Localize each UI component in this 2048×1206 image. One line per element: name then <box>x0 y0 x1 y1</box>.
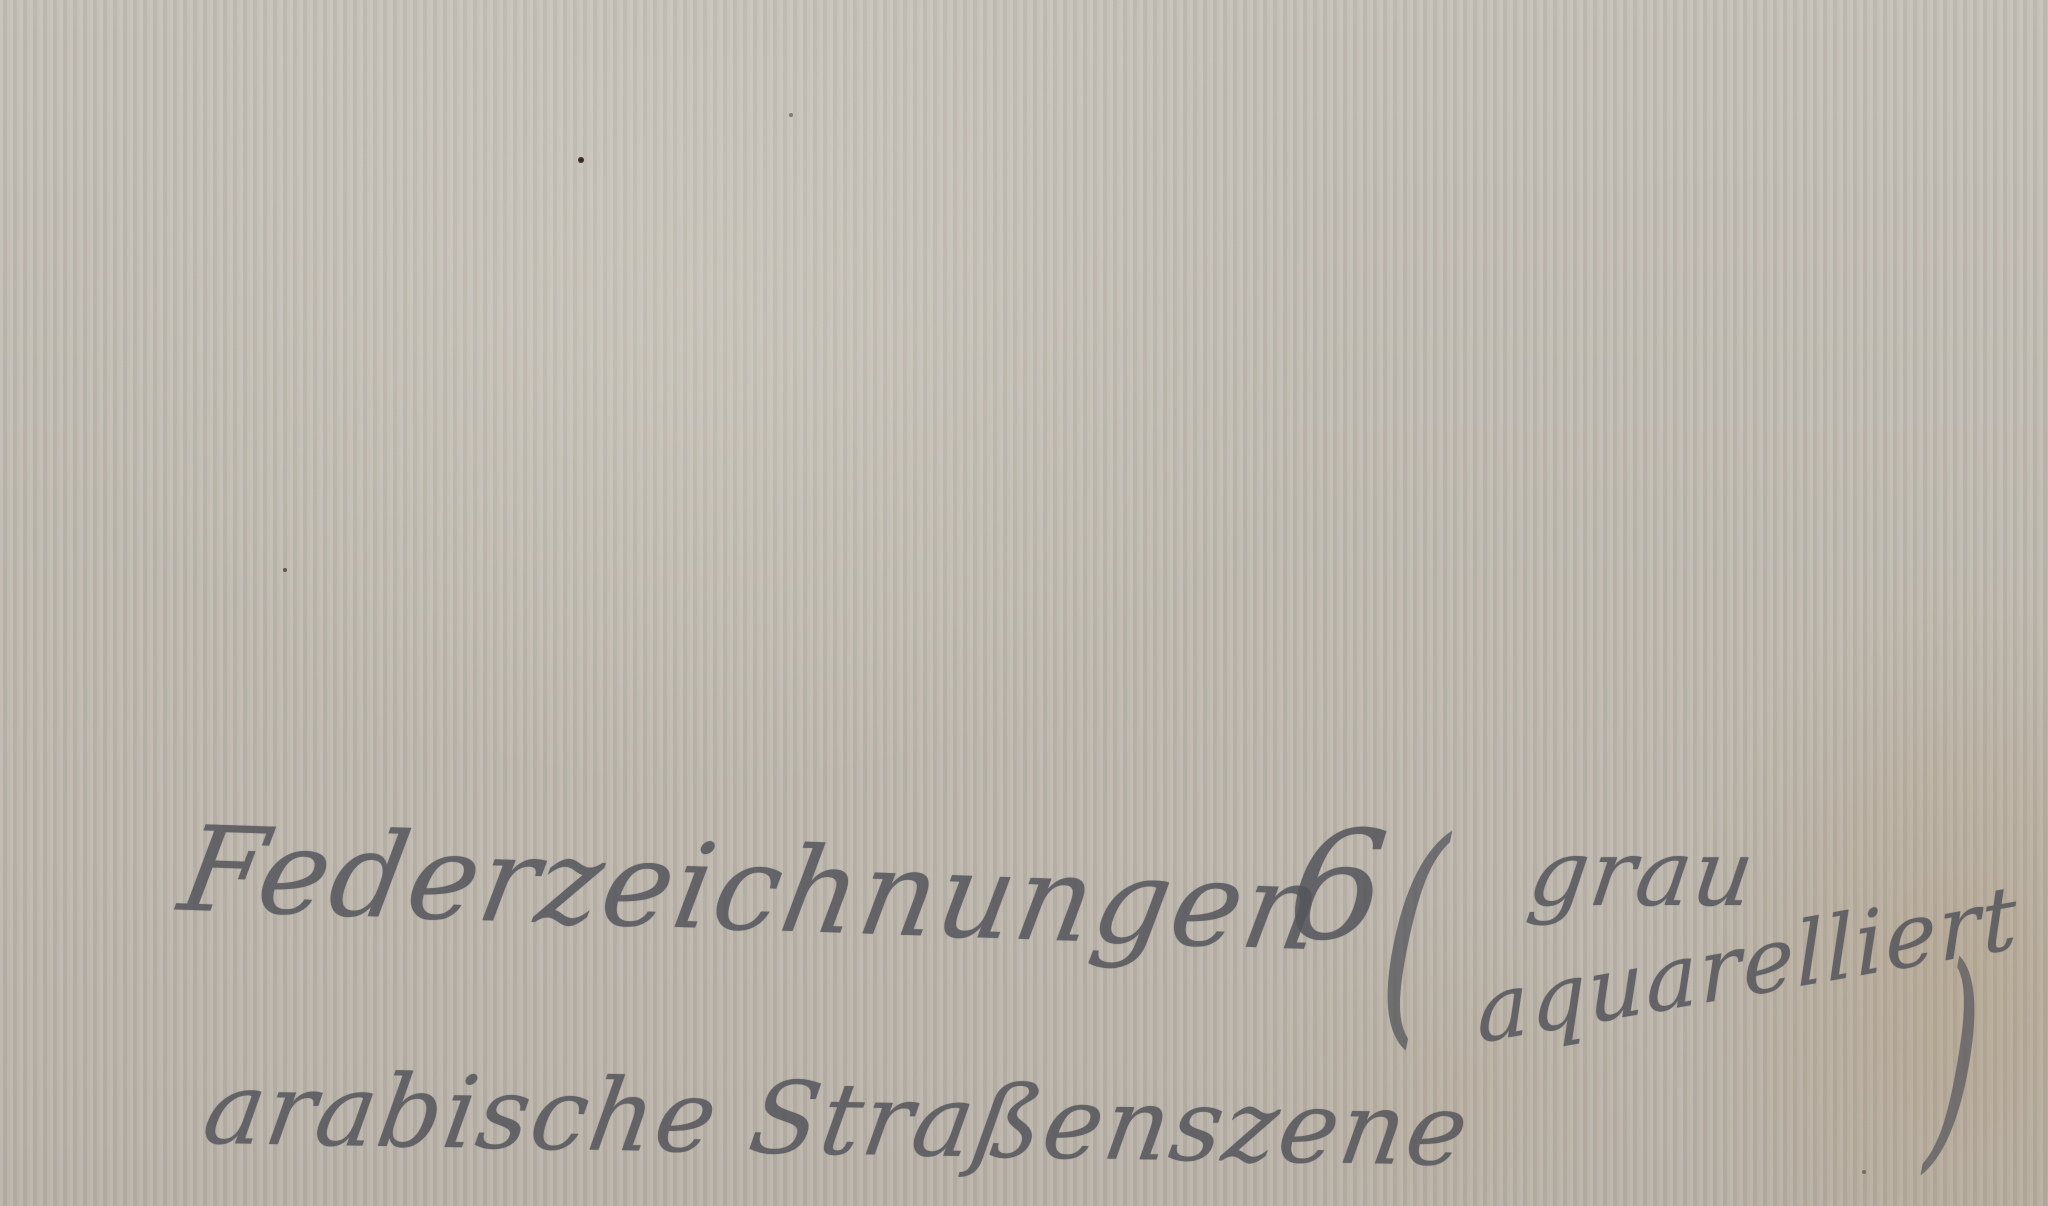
ink-speck <box>1862 1170 1866 1174</box>
ink-speck <box>789 113 793 117</box>
ink-speck <box>283 568 287 572</box>
inscription-title: Federzeichnungen <box>171 800 1335 977</box>
inscription-note-grau: grau <box>1522 820 1762 927</box>
inscription-subject: arabische Straßenszene <box>197 1050 1478 1189</box>
inscription-count: 6 <box>1281 800 1397 974</box>
paper-sheet: Federzeichnungen 6 ( grau aquarelliert )… <box>0 0 2048 1206</box>
ink-speck <box>578 157 584 163</box>
